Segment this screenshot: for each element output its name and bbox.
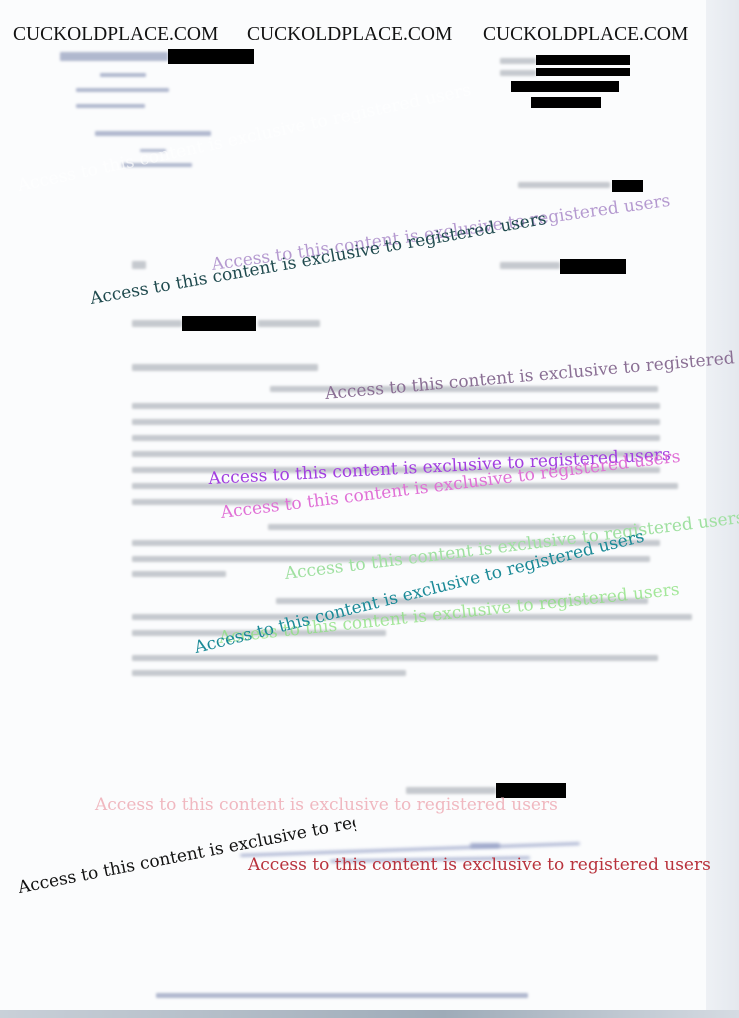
redaction-bar xyxy=(612,180,643,192)
letterhead-line xyxy=(76,104,145,108)
redaction-bar xyxy=(531,97,601,108)
footer-line xyxy=(156,993,528,998)
ref-mark xyxy=(132,261,146,269)
site-watermark: CUCKOLDPLACE.COM xyxy=(247,24,452,46)
letterhead-line xyxy=(95,131,211,136)
text-line xyxy=(132,670,406,676)
text-line xyxy=(132,435,660,441)
letterhead-line xyxy=(100,73,146,77)
text-line xyxy=(132,419,660,425)
letterhead-line xyxy=(76,88,169,92)
redaction-bar xyxy=(560,259,626,274)
redaction-bar xyxy=(511,81,619,92)
text-line xyxy=(132,403,660,409)
subject-line xyxy=(258,320,320,327)
redaction-bar xyxy=(536,68,630,76)
access-watermark: Access to this content is exclusive to r… xyxy=(95,797,558,814)
subject-line xyxy=(132,320,182,327)
site-watermark: CUCKOLDPLACE.COM xyxy=(483,24,688,46)
redaction-bar xyxy=(168,49,254,64)
redaction-bar xyxy=(182,316,256,331)
text-line xyxy=(132,655,658,661)
recipient-line xyxy=(500,262,560,269)
site-watermark: CUCKOLDPLACE.COM xyxy=(13,24,218,46)
redaction-bar xyxy=(536,55,630,65)
date-line xyxy=(518,182,610,188)
subject-title xyxy=(132,364,318,371)
text-line xyxy=(132,571,226,577)
address-line xyxy=(500,58,536,64)
letterhead-name xyxy=(60,52,168,61)
signatory-name xyxy=(406,787,496,794)
address-line xyxy=(500,70,536,76)
page-bottom-edge xyxy=(0,1010,739,1018)
